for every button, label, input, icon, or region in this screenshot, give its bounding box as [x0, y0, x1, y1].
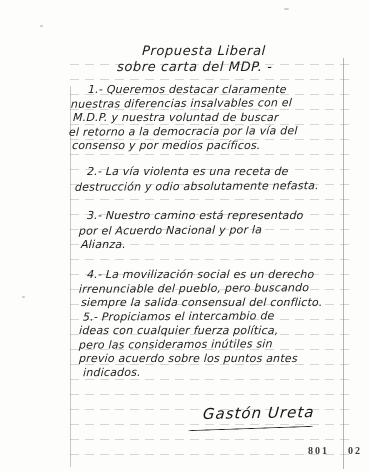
- body-line-3: M.D.P. y nuestra voluntad de buscar: [73, 111, 279, 124]
- body-line-13: siempre la salida consensual del conflic…: [81, 296, 323, 309]
- scan-noise-speck: [22, 296, 25, 298]
- signature: Gastón Ureta: [202, 403, 315, 423]
- scan-noise-speck: [284, 8, 289, 10]
- body-line-7: destrucción y odio absolutamente nefasta…: [75, 179, 319, 194]
- body-line-5: consenso y por medios pacíficos.: [72, 139, 261, 152]
- document-title-line1: Propuesta Liberal: [142, 45, 267, 58]
- body-line-12: irrenunciable del pueblo, pero buscando: [79, 281, 310, 296]
- page-edge-line: [343, 58, 344, 469]
- page-number-stamp-suffix: 02: [348, 446, 362, 457]
- left-margin-line: [70, 86, 71, 467]
- body-line-14: 5.- Propiciamos el intercambio de: [83, 309, 275, 323]
- body-line-1: 1.- Queremos destacar claramente: [88, 83, 287, 96]
- page-number-stamp: 801: [308, 446, 329, 457]
- document-title-line2: sobre carta del MDP. -: [117, 61, 273, 74]
- body-line-17: previo acuerdo sobre los puntos antes: [79, 352, 298, 365]
- body-line-15: ideas con cualquier fuerza política,: [79, 324, 279, 337]
- body-line-9: por el Acuerdo Nacional y por la: [79, 223, 263, 237]
- scan-noise-speck: [40, 25, 43, 27]
- body-line-2: nuestras diferencias insalvables con el: [71, 96, 293, 111]
- body-line-4: el retorno a la democracia por la vía de…: [69, 124, 298, 139]
- body-line-18: indicados.: [83, 366, 141, 379]
- body-line-11: 4.- La movilización social es un derecho: [87, 268, 315, 281]
- body-line-10: Alianza.: [81, 238, 127, 251]
- body-line-8: 3.- Nuestro camino está representado: [87, 209, 304, 222]
- body-line-6: 2.- La vía violenta es una receta de: [87, 165, 289, 178]
- body-line-16: pero las consideramos inútiles sin: [79, 337, 273, 351]
- scanned-document-page: Propuesta Liberal sobre carta del MDP. -…: [0, 0, 370, 471]
